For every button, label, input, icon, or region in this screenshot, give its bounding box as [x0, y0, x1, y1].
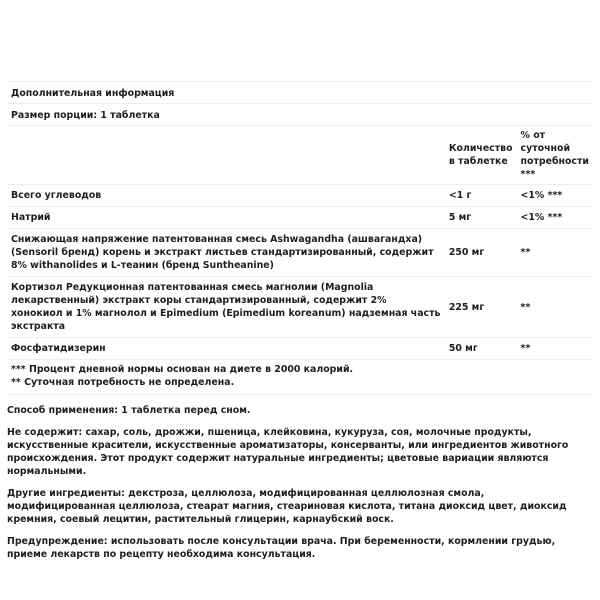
- warning: Предупреждение: использовать после консу…: [7, 535, 593, 561]
- row-name: Фосфатидизерин: [7, 338, 445, 360]
- header-name-cell: [7, 126, 445, 185]
- supplement-facts: Дополнительная информация Размер порции:…: [7, 81, 593, 561]
- row-name: Всего углеводов: [7, 185, 445, 207]
- row-amount: 225 мг: [445, 277, 517, 338]
- table-row: Снижающая напряжение патентованная смесь…: [7, 229, 593, 277]
- table-row: Натрий 5 мг <1% ***: [7, 207, 593, 229]
- usage-instructions: Способ применения: 1 таблетка перед сном…: [7, 404, 593, 417]
- row-amount: 50 мг: [445, 338, 517, 360]
- section-title: Дополнительная информация: [7, 81, 593, 103]
- row-dv: **: [517, 338, 593, 360]
- row-dv: <1% ***: [517, 207, 593, 229]
- footnote-daily-value: *** Процент дневной нормы основан на дие…: [11, 363, 589, 376]
- nutrition-table: Количество в таблетке % от суточной потр…: [7, 125, 593, 359]
- table-header-row: Количество в таблетке % от суточной потр…: [7, 126, 593, 185]
- row-dv: <1% ***: [517, 185, 593, 207]
- row-amount: 5 мг: [445, 207, 517, 229]
- row-dv: **: [517, 277, 593, 338]
- table-row: Всего углеводов <1 г <1% ***: [7, 185, 593, 207]
- table-row: Кортизол Редукционная патентованная смес…: [7, 277, 593, 338]
- row-name: Снижающая напряжение патентованная смесь…: [7, 229, 445, 277]
- footnotes: *** Процент дневной нормы основан на дие…: [7, 359, 593, 395]
- other-ingredients: Другие ингредиенты: декстроза, целлюлоза…: [7, 487, 593, 526]
- header-amount-cell: Количество в таблетке: [445, 126, 517, 185]
- row-dv: **: [517, 229, 593, 277]
- serving-size: Размер порции: 1 таблетка: [7, 103, 593, 125]
- free-from-statement: Не содержит: сахар, соль, дрожжи, пшениц…: [7, 426, 593, 478]
- table-row: Фосфатидизерин 50 мг **: [7, 338, 593, 360]
- header-dv-cell: % от суточной потребности ***: [517, 126, 593, 185]
- row-name: Кортизол Редукционная патентованная смес…: [7, 277, 445, 338]
- footnote-not-established: ** Суточная потребность не определена.: [11, 376, 589, 389]
- row-name: Натрий: [7, 207, 445, 229]
- row-amount: <1 г: [445, 185, 517, 207]
- row-amount: 250 мг: [445, 229, 517, 277]
